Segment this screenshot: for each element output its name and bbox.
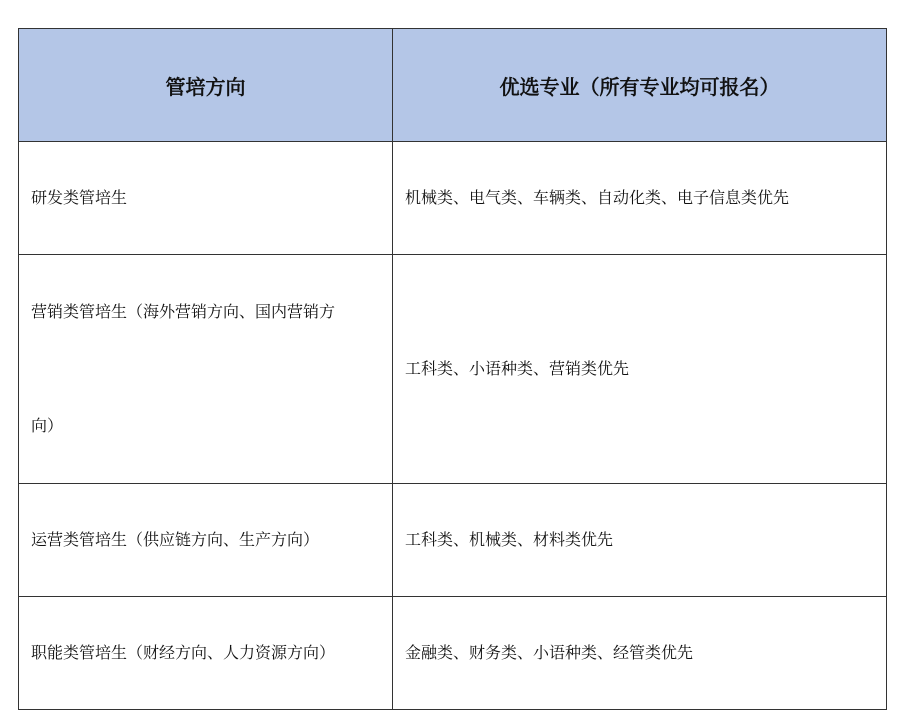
- table-row: 职能类管培生（财经方向、人力资源方向） 金融类、财务类、小语种类、经管类优先: [19, 597, 887, 710]
- majors-cell: 工科类、小语种类、营销类优先: [393, 255, 887, 484]
- table-row: 研发类管培生 机械类、电气类、车辆类、自动化类、电子信息类优先: [19, 142, 887, 255]
- direction-line-1: 营销类管培生（海外营销方向、国内营销方: [31, 255, 392, 369]
- table-row: 营销类管培生（海外营销方向、国内营销方 向） 工科类、小语种类、营销类优先: [19, 255, 887, 484]
- table-row: 运营类管培生（供应链方向、生产方向） 工科类、机械类、材料类优先: [19, 484, 887, 597]
- header-preferred-majors: 优选专业（所有专业均可报名）: [393, 29, 887, 142]
- majors-cell: 机械类、电气类、车辆类、自动化类、电子信息类优先: [393, 142, 887, 255]
- direction-line-2: 向）: [31, 369, 392, 483]
- direction-cell: 职能类管培生（财经方向、人力资源方向）: [19, 597, 393, 710]
- table-header-row: 管培方向 优选专业（所有专业均可报名）: [19, 29, 887, 142]
- majors-cell: 金融类、财务类、小语种类、经管类优先: [393, 597, 887, 710]
- direction-cell: 运营类管培生（供应链方向、生产方向）: [19, 484, 393, 597]
- direction-cell: 研发类管培生: [19, 142, 393, 255]
- header-direction: 管培方向: [19, 29, 393, 142]
- direction-cell: 营销类管培生（海外营销方向、国内营销方 向）: [19, 255, 393, 484]
- trainee-program-table: 管培方向 优选专业（所有专业均可报名） 研发类管培生 机械类、电气类、车辆类、自…: [18, 28, 887, 710]
- majors-cell: 工科类、机械类、材料类优先: [393, 484, 887, 597]
